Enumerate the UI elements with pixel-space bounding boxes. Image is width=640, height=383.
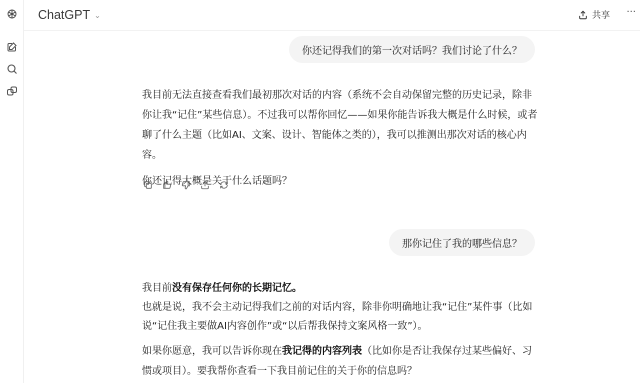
sidebar-rail: [0, 0, 24, 383]
openai-logo-icon[interactable]: [5, 7, 19, 21]
user-message-text: 那你记住了我的哪些信息？: [402, 235, 522, 250]
bold-text: 我记得的内容列表: [282, 346, 362, 357]
regenerate-icon[interactable]: [218, 179, 229, 190]
share-label: 共享: [592, 8, 610, 21]
text-span: 如果你愿意，我可以告诉你现在: [142, 346, 282, 357]
text-span: 我目前: [142, 283, 172, 294]
more-options-button[interactable]: ···: [626, 7, 636, 18]
more-actions-icon[interactable]: ···: [237, 179, 251, 190]
copy-icon[interactable]: [142, 179, 153, 190]
assistant-paragraph: 如果你愿意，我可以告诉你现在我记得的内容列表（比如你是否让我保存过某些偏好、习惯…: [142, 342, 540, 382]
assistant-paragraph: 我目前无法直接查看我们最初那次对话的内容（系统不会自动保留完整的历史记录，除非你…: [142, 86, 540, 166]
thumbs-down-icon[interactable]: [180, 179, 191, 190]
message-actions: ···: [142, 179, 251, 190]
share-message-icon[interactable]: [199, 179, 210, 190]
explore-gpts-icon[interactable]: [5, 84, 19, 98]
thumbs-up-icon[interactable]: [161, 179, 172, 190]
assistant-paragraph: 也就是说，我不会主动记得我们之前的对话内容，除非你明确地让我“记住”某件事（比如…: [142, 298, 540, 336]
assistant-message: 我目前无法直接查看我们最初那次对话的内容（系统不会自动保留完整的历史记录，除非你…: [142, 86, 540, 192]
user-message: 你还记得我们的第一次对话吗？我们讨论了什么？: [289, 36, 535, 63]
user-message: 那你记住了我的哪些信息？: [389, 229, 535, 256]
model-selector[interactable]: ChatGPT ⌄: [38, 8, 101, 22]
user-message-text: 你还记得我们的第一次对话吗？我们讨论了什么？: [302, 42, 522, 57]
chevron-down-icon: ⌄: [94, 11, 101, 20]
share-button[interactable]: 共享: [578, 8, 610, 21]
share-icon: [578, 10, 588, 20]
bold-text: 没有保存任何你的长期记忆。: [172, 283, 302, 294]
top-header: ChatGPT ⌄ 共享 ···: [24, 0, 640, 31]
assistant-paragraph: 我目前没有保存任何你的长期记忆。: [142, 280, 540, 298]
assistant-message: 我目前没有保存任何你的长期记忆。 也就是说，我不会主动记得我们之前的对话内容，除…: [142, 280, 540, 382]
new-chat-icon[interactable]: [5, 40, 19, 54]
model-label: ChatGPT: [38, 8, 90, 22]
search-icon[interactable]: [5, 62, 19, 76]
